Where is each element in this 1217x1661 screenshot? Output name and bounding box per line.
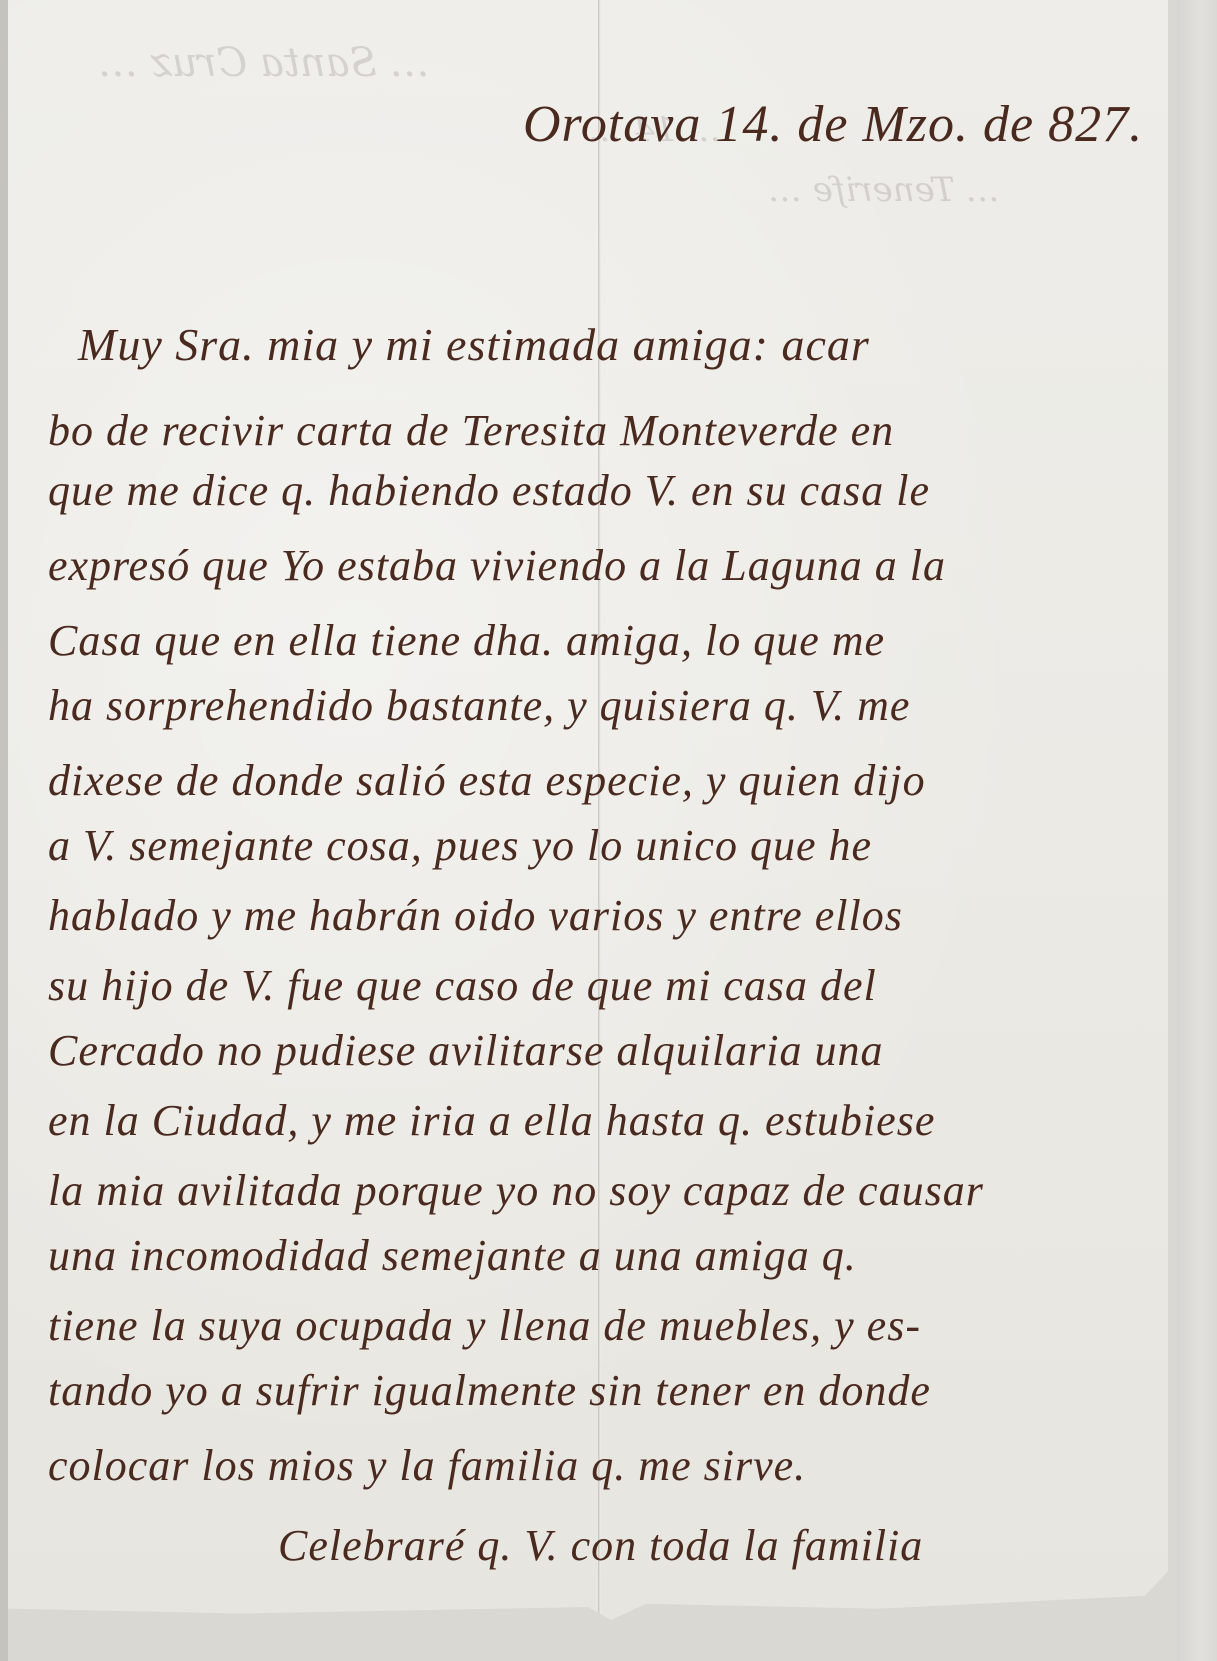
letter-line: hablado y me habrán oido varios y entre …	[48, 890, 903, 941]
letter-line: Celebraré q. V. con toda la familia	[278, 1520, 923, 1571]
letter-line: que me dice q. habiendo estado V. en su …	[48, 465, 930, 516]
letter-line: tando yo a sufrir igualmente sin tener e…	[48, 1365, 931, 1416]
letter-line: Casa que en ella tiene dha. amiga, lo qu…	[48, 615, 885, 666]
bleed-through-text: … Santa Cruz …	[98, 40, 430, 86]
letter-dateline: Orotava 14. de Mzo. de 827.	[523, 95, 1143, 154]
letter-line: la mia avilitada porque yo no soy capaz …	[48, 1165, 984, 1216]
letter-paper: … Santa Cruz … … 14 … … Tenerife … Orota…	[8, 0, 1168, 1620]
letter-line: a V. semejante cosa, pues yo lo unico qu…	[48, 820, 872, 871]
letter-line: su hijo de V. fue que caso de que mi cas…	[48, 960, 877, 1011]
bleed-through-text: … Tenerife …	[768, 170, 1000, 210]
letter-line: expresó que Yo estaba viviendo a la Lagu…	[48, 540, 946, 591]
mount-border-right	[1177, 0, 1217, 1661]
letter-line: tiene la suya ocupada y llena de muebles…	[48, 1300, 921, 1351]
letter-line: en la Ciudad, y me iria a ella hasta q. …	[48, 1095, 935, 1146]
letter-line: Cercado no pudiese avilitarse alquilaria…	[48, 1025, 884, 1076]
letter-salutation: Muy Sra. mia y mi estimada amiga: acar	[78, 318, 870, 371]
letter-line: dixese de donde salió esta especie, y qu…	[48, 755, 926, 806]
letter-line: una incomodidad semejante a una amiga q.	[48, 1230, 857, 1281]
mount-border-left	[0, 0, 8, 1661]
letter-line: bo de recivir carta de Teresita Montever…	[48, 405, 894, 456]
letter-line: ha sorprehendido bastante, y quisiera q.…	[48, 680, 910, 731]
letter-line: colocar los mios y la familia q. me sirv…	[48, 1440, 806, 1491]
